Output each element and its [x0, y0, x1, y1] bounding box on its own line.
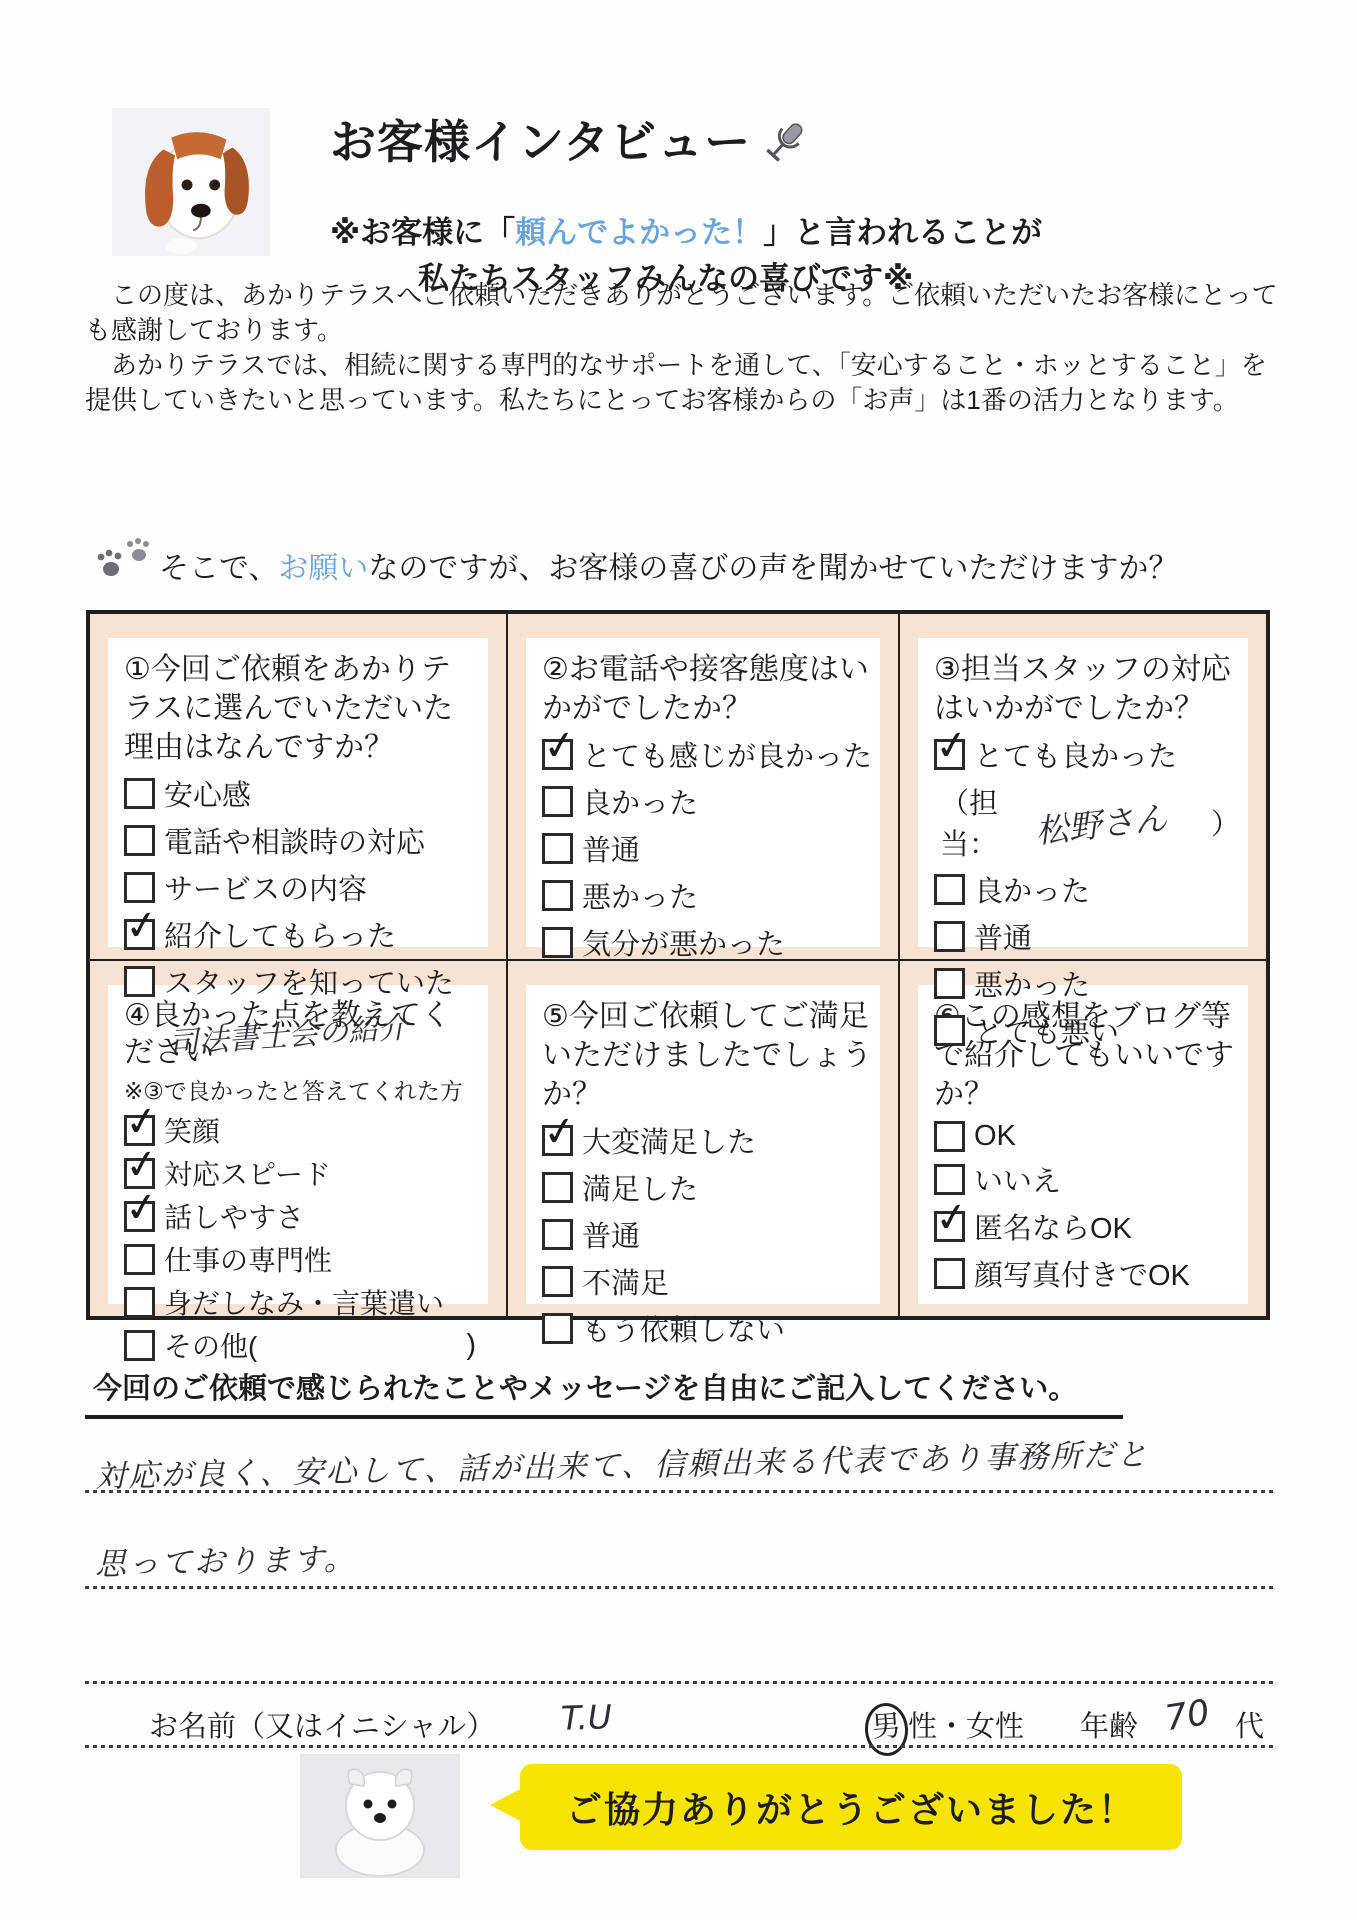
checkbox-option[interactable]: ✓ とても悪い [934, 1010, 1240, 1051]
checkbox-icon[interactable]: ✓ [934, 874, 965, 905]
option-label: OK [974, 1120, 1016, 1153]
checkbox-icon[interactable]: ✓ [542, 1219, 573, 1250]
ask-highlight: お願い [278, 543, 368, 587]
checkbox-icon[interactable]: ✓ [542, 927, 573, 958]
checkbox-option[interactable]: ✓ とても感じが良かった [542, 734, 872, 775]
option-label: いいえ [974, 1159, 1061, 1200]
option-label: スタッフを知っていた [164, 961, 454, 1002]
checkbox-icon[interactable]: ✓ [542, 786, 573, 817]
checkbox-icon[interactable]: ✓ [542, 833, 573, 864]
option-label: 満足した [582, 1167, 698, 1208]
checkbox-icon[interactable]: ✓ [124, 966, 155, 997]
question-title: ③担当スタッフの対応はいかがでしたか？ [934, 650, 1240, 728]
checkbox-icon[interactable]: ✓ [542, 739, 573, 770]
thanks-banner: ご協力ありがとうございました！ [520, 1764, 1182, 1850]
staff-name-handwritten: 松野さん [1033, 792, 1169, 853]
check-icon: ✓ [122, 1185, 161, 1229]
checkbox-option[interactable]: ✓ スタッフを知っていた [124, 961, 480, 1002]
checkbox-option[interactable]: ✓ 安心感 [124, 773, 480, 814]
checkbox-option[interactable]: ✓ 普通 [934, 916, 1240, 957]
intro-paragraph-1: この度は、あかりテラスへご依頼いただきありがとうございます。ご依頼いただいたお客… [85, 278, 1280, 348]
respondent-info-row: お名前（又はイニシャル） T.U 男性・女性 年齢 70 代 [85, 1696, 1275, 1748]
check-icon: ✓ [932, 724, 971, 768]
option-label: 対応スピード [164, 1153, 331, 1193]
checkbox-icon[interactable]: ✓ [542, 1266, 573, 1297]
question-note: ※③で良かったと答えてくれた方 [124, 1073, 480, 1106]
checkbox-option[interactable]: ✓ 顔写真付きでOK [934, 1253, 1240, 1294]
checkbox-option[interactable]: ✓ OK [934, 1120, 1240, 1153]
checkbox-icon[interactable]: ✓ [542, 1172, 573, 1203]
free-comment-heading: 今回のご依頼で感じられたことやメッセージを自由にご記入してください。 [85, 1366, 1123, 1419]
option-label: 気分が悪かった [582, 922, 785, 963]
option-label: 紹介してもらった [164, 914, 396, 955]
intro-paragraph-2: あかりテラスでは、相続に関する専門的なサポートを通して、「安心すること・ホッとす… [85, 348, 1280, 418]
option-label: 不満足 [582, 1261, 669, 1302]
staff-name-line: （担当： 松野さん ） [940, 781, 1240, 863]
checkbox-icon[interactable]: ✓ [124, 872, 155, 903]
checkbox-icon[interactable]: ✓ [934, 739, 965, 770]
checkbox-option[interactable]: ✓ 対応スピード [124, 1153, 480, 1193]
option-label: 安心感 [164, 773, 251, 814]
checkbox-option[interactable]: ✓ 仕事の専門性 [124, 1239, 480, 1279]
age-value[interactable]: 70 [1162, 1693, 1212, 1739]
check-icon: ✓ [122, 1142, 161, 1186]
gender-rest: 性・女性 [908, 1711, 1024, 1743]
checkbox-icon[interactable]: ✓ [934, 1015, 965, 1046]
staff-suffix: ） [1211, 802, 1240, 843]
checkbox-option[interactable]: ✓ 普通 [542, 1214, 872, 1255]
checkbox-icon[interactable]: ✓ [124, 825, 155, 856]
checkbox-option[interactable]: ✓ 不満足 [542, 1261, 872, 1302]
question-title: ②お電話や接客態度はいかがでしたか？ [542, 650, 872, 728]
survey-question-5: ⑤今回ご依頼してご満足いただけましたでしょうか？ ✓ 大変満足した ✓ 満足した… [507, 960, 899, 1317]
option-label: サービスの内容 [164, 867, 367, 908]
handwritten-comment-line2: 思っております。 [95, 1533, 357, 1583]
gender-options[interactable]: 男性・女性 [865, 1704, 1024, 1746]
gender-male-circled[interactable]: 男 [863, 1702, 910, 1758]
free-comment-section: 今回のご依頼で感じられたことやメッセージを自由にご記入してください。 対応が良く… [85, 1366, 1275, 1684]
page-title: お客様インタビュー [330, 106, 751, 172]
checkbox-icon[interactable]: ✓ [124, 778, 155, 809]
option-label: 笑顔 [164, 1110, 220, 1150]
age-label: 年齢 [1080, 1704, 1138, 1745]
checkbox-icon[interactable]: ✓ [934, 1121, 965, 1152]
checkbox-icon[interactable]: ✓ [124, 1201, 155, 1232]
option-label-suffix: ) [466, 1329, 476, 1362]
checkbox-icon[interactable]: ✓ [934, 1211, 965, 1242]
option-label: とても感じが良かった [582, 734, 872, 775]
ask-line: そこで、お願いなのですが、お客様の喜びの声を聞かせていただけますか？ [95, 543, 1178, 587]
checkbox-option[interactable]: ✓ もう依頼しない [542, 1308, 872, 1349]
checkbox-icon[interactable]: ✓ [934, 921, 965, 952]
writing-line[interactable]: 対応が良く、安心して、話が出来て、信頼出来る代表であり事務所だと [85, 1419, 1275, 1493]
question-title: ①今回ご依頼をあかりテラスに選んでいただいた理由はなんですか？ [124, 650, 480, 767]
checkbox-option[interactable]: ✓ 身だしなみ・言葉遣い [124, 1282, 480, 1322]
checkbox-option[interactable]: ✓ 笑顔 [124, 1110, 480, 1150]
subtitle-suffix: 」と言われることが [763, 215, 1042, 250]
checkbox-option[interactable]: ✓ 大変満足した [542, 1120, 872, 1161]
handwritten-comment-line1: 対応が良く、安心して、話が出来て、信頼出来る代表であり事務所だと [95, 1429, 1150, 1496]
subtitle-line1: ※お客様に「頼んでよかった！」と言われることが [330, 207, 1042, 252]
subtitle-prefix: ※お客様に「 [330, 215, 515, 250]
checkbox-icon[interactable]: ✓ [934, 968, 965, 999]
checkbox-option[interactable]: ✓ サービスの内容 [124, 867, 480, 908]
puppy-photo [300, 1754, 460, 1878]
checkbox-option[interactable]: ✓ 匿名ならOK [934, 1206, 1240, 1247]
check-icon: ✓ [122, 904, 161, 948]
option-label: 話しやすさ [164, 1196, 304, 1236]
checkbox-icon[interactable]: ✓ [124, 1330, 155, 1361]
option-label: とても良かった [974, 734, 1177, 775]
checkbox-icon[interactable]: ✓ [934, 1164, 965, 1195]
name-value[interactable]: T.U [560, 1697, 612, 1738]
checkbox-option[interactable]: ✓ 良かった [934, 869, 1240, 910]
checkbox-icon[interactable]: ✓ [542, 1125, 573, 1156]
staff-prefix: （担当： [940, 781, 1025, 863]
thanks-banner-row: ご協力ありがとうございました！ [0, 1752, 1357, 1892]
check-icon: ✓ [540, 1110, 579, 1154]
checkbox-option[interactable]: ✓ 満足した [542, 1167, 872, 1208]
question-title: ⑤今回ご依頼してご満足いただけましたでしょうか？ [542, 997, 872, 1114]
customer-interview-form: お客様インタビュー ※お客様に「頼んでよかった！」と言われることが 私たちスタッ… [0, 0, 1357, 1920]
check-icon: ✓ [122, 1099, 161, 1143]
checkbox-icon[interactable]: ✓ [542, 1313, 573, 1344]
option-label: その他( [164, 1325, 257, 1365]
thanks-banner-text: ご協力ありがとうございました！ [566, 1782, 1136, 1833]
option-label: もう依頼しない [582, 1308, 785, 1349]
checkbox-option[interactable]: ✓ 気分が悪かった [542, 922, 872, 963]
check-icon: ✓ [932, 1196, 971, 1240]
option-label: 普通 [582, 1214, 640, 1255]
checkbox-option[interactable]: ✓ 紹介してもらった [124, 914, 480, 955]
checkbox-icon[interactable]: ✓ [542, 880, 573, 911]
writing-line[interactable] [85, 1589, 1275, 1684]
survey-question-2: ②お電話や接客態度はいかがでしたか？ ✓ とても感じが良かった ✓ 良かった ✓… [507, 613, 899, 960]
option-label: とても悪い [974, 1010, 1119, 1051]
option-label: 身だしなみ・言葉遣い [164, 1282, 444, 1322]
age-unit: 代 [1235, 1704, 1264, 1745]
survey-question-1: ①今回ご依頼をあかりテラスに選んでいただいた理由はなんですか？ ✓ 安心感 ✓ … [89, 613, 507, 960]
checkbox-option[interactable]: ✓ いいえ [934, 1159, 1240, 1200]
option-label: 悪かった [582, 875, 698, 916]
name-label: お名前（又はイニシャル） [149, 1704, 495, 1745]
checkbox-icon[interactable]: ✓ [934, 1258, 965, 1289]
checkbox-option[interactable]: ✓ 良かった [542, 781, 872, 822]
paw-prints-icon [95, 535, 157, 581]
microphone-icon [759, 116, 811, 168]
survey-grid: ①今回ご依頼をあかりテラスに選んでいただいた理由はなんですか？ ✓ 安心感 ✓ … [86, 610, 1270, 1320]
option-label: 良かった [582, 781, 698, 822]
title-row: お客様インタビュー [330, 106, 811, 172]
checkbox-icon[interactable]: ✓ [124, 919, 155, 950]
checkbox-option[interactable]: ✓ 悪かった [542, 875, 872, 916]
checkbox-option[interactable]: ✓ 悪かった [934, 963, 1240, 1004]
ask-prefix: そこで、 [159, 543, 278, 587]
checkbox-option[interactable]: ✓ 話しやすさ [124, 1196, 480, 1236]
checkbox-option[interactable]: ✓ 普通 [542, 828, 872, 869]
checkbox-option[interactable]: ✓ とても良かった [934, 734, 1240, 775]
survey-question-3: ③担当スタッフの対応はいかがでしたか？ ✓ とても良かった （担当： 松野さん … [899, 613, 1267, 960]
option-label: 悪かった [974, 963, 1090, 1004]
ask-suffix: なのですが、お客様の喜びの声を聞かせていただけますか？ [368, 543, 1178, 587]
option-label: 仕事の専門性 [164, 1239, 332, 1279]
checkbox-icon[interactable]: ✓ [124, 1287, 155, 1318]
writing-line[interactable]: 思っております。 [85, 1493, 1275, 1589]
beagle-photo [112, 108, 270, 256]
checkbox-icon[interactable]: ✓ [124, 1244, 155, 1275]
subtitle-highlight: 頼んでよかった！ [515, 215, 763, 250]
header: お客様インタビュー ※お客様に「頼んでよかった！」と言われることが 私たちスタッ… [0, 100, 1357, 280]
option-label: 顔写真付きでOK [974, 1253, 1190, 1294]
option-label: 電話や相談時の対応 [164, 820, 425, 861]
option-label: 大変満足した [582, 1120, 756, 1161]
checkbox-option[interactable]: ✓ その他( ) [124, 1325, 480, 1365]
option-label: 良かった [974, 869, 1090, 910]
option-label: 普通 [974, 916, 1032, 957]
option-label: 匿名ならOK [974, 1206, 1132, 1247]
check-icon: ✓ [540, 724, 579, 768]
option-label: 普通 [582, 828, 640, 869]
checkbox-option[interactable]: ✓ 電話や相談時の対応 [124, 820, 480, 861]
